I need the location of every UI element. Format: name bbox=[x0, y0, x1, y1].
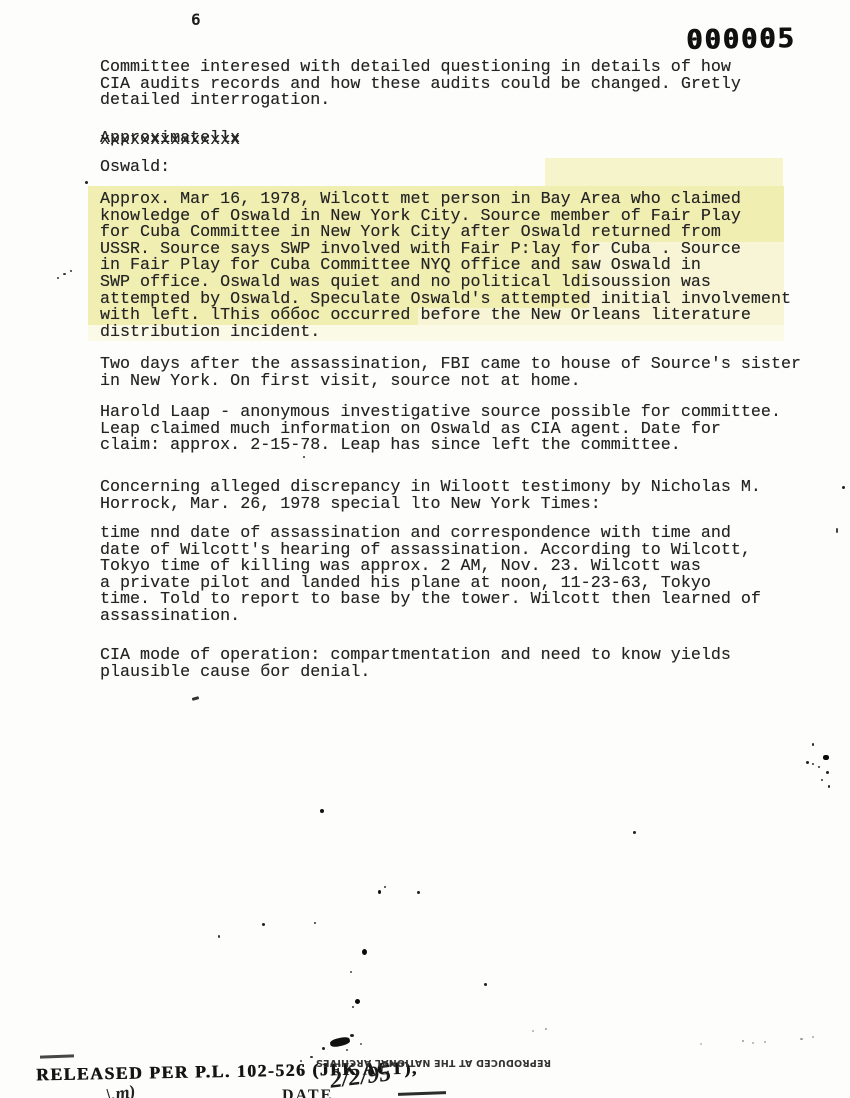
ink-speck bbox=[85, 181, 88, 184]
ink-speck bbox=[818, 766, 820, 768]
ink-speck bbox=[262, 923, 265, 926]
paragraph-concerning: Concerning alleged discrepancy in Wiloot… bbox=[100, 480, 761, 513]
handwritten-scribble: \,m) bbox=[105, 1081, 137, 1098]
ink-speck bbox=[417, 891, 420, 894]
document-id-stamp: 000005 bbox=[686, 23, 796, 56]
paragraph-committee: Committee interesed with detailed questi… bbox=[100, 60, 741, 110]
paragraph-time-date: time nnd date of assassination and corre… bbox=[100, 526, 761, 626]
page-number: 6 bbox=[191, 10, 201, 29]
ink-speck bbox=[303, 456, 305, 458]
scanned-document-page: 6 000005 Committee interesed with detail… bbox=[0, 0, 850, 1098]
ink-speck bbox=[836, 528, 838, 533]
paragraph-fbi-visit: Two days after the assassination, FBI ca… bbox=[100, 357, 801, 390]
paragraph-harold-leap: Harold Laap - anonymous investigative so… bbox=[100, 405, 781, 455]
ink-speck bbox=[752, 1042, 754, 1044]
ink-speck bbox=[633, 831, 636, 834]
ink-speck bbox=[378, 890, 381, 894]
paragraph-oswald-heading: Oswald: bbox=[100, 160, 170, 177]
archives-stamp-upside-down: REPRODUCED AT THE NATIONAL ARCHIVES bbox=[383, 1057, 551, 1068]
ink-speck bbox=[812, 763, 814, 765]
ink-smudge bbox=[329, 1036, 350, 1048]
ink-speck bbox=[821, 779, 823, 781]
ink-speck bbox=[842, 486, 845, 489]
ink-speck bbox=[192, 696, 200, 701]
paragraph-oswald-highlighted: Approx. Mar 16, 1978, Wilcott met person… bbox=[100, 192, 791, 341]
ink-speck bbox=[322, 1047, 325, 1050]
ink-speck bbox=[764, 1041, 766, 1043]
ink-speck bbox=[812, 1036, 814, 1038]
ink-speck bbox=[826, 771, 829, 774]
ink-speck bbox=[350, 971, 352, 973]
ink-speck bbox=[384, 886, 386, 888]
ink-speck bbox=[532, 1030, 534, 1032]
ink-speck bbox=[63, 273, 66, 275]
ink-speck bbox=[362, 949, 367, 955]
ink-speck bbox=[812, 743, 814, 746]
struck-word-overstrike: xxxxxxxxxxxxxx bbox=[100, 131, 240, 150]
ink-speck bbox=[320, 809, 324, 813]
ink-speck bbox=[352, 1006, 354, 1008]
struck-out-word: Approximatellx xxxxxxxxxxxxxx bbox=[100, 129, 240, 148]
date-underline bbox=[398, 1091, 446, 1095]
ink-speck bbox=[57, 277, 59, 279]
ink-speck bbox=[700, 1043, 702, 1045]
ink-speck bbox=[70, 270, 72, 272]
ink-speck bbox=[218, 935, 220, 938]
ink-speck bbox=[823, 755, 829, 760]
ink-speck bbox=[346, 1049, 348, 1051]
paragraph-cia-mode: CIA mode of operation: compartmentation … bbox=[100, 648, 731, 681]
ink-speck bbox=[806, 761, 809, 764]
ink-speck bbox=[742, 1040, 744, 1042]
highlight-mark bbox=[545, 158, 783, 186]
ink-speck bbox=[355, 999, 360, 1004]
ink-speck bbox=[314, 922, 316, 924]
ink-speck bbox=[360, 1043, 362, 1045]
ink-speck bbox=[350, 1034, 354, 1037]
ink-speck bbox=[310, 1056, 313, 1058]
ink-speck bbox=[828, 785, 830, 788]
date-label: DATE bbox=[282, 1087, 333, 1098]
ink-speck bbox=[484, 983, 487, 986]
ink-speck bbox=[545, 1028, 547, 1030]
footer-dash-mark bbox=[40, 1054, 74, 1058]
ink-speck bbox=[800, 1038, 803, 1040]
